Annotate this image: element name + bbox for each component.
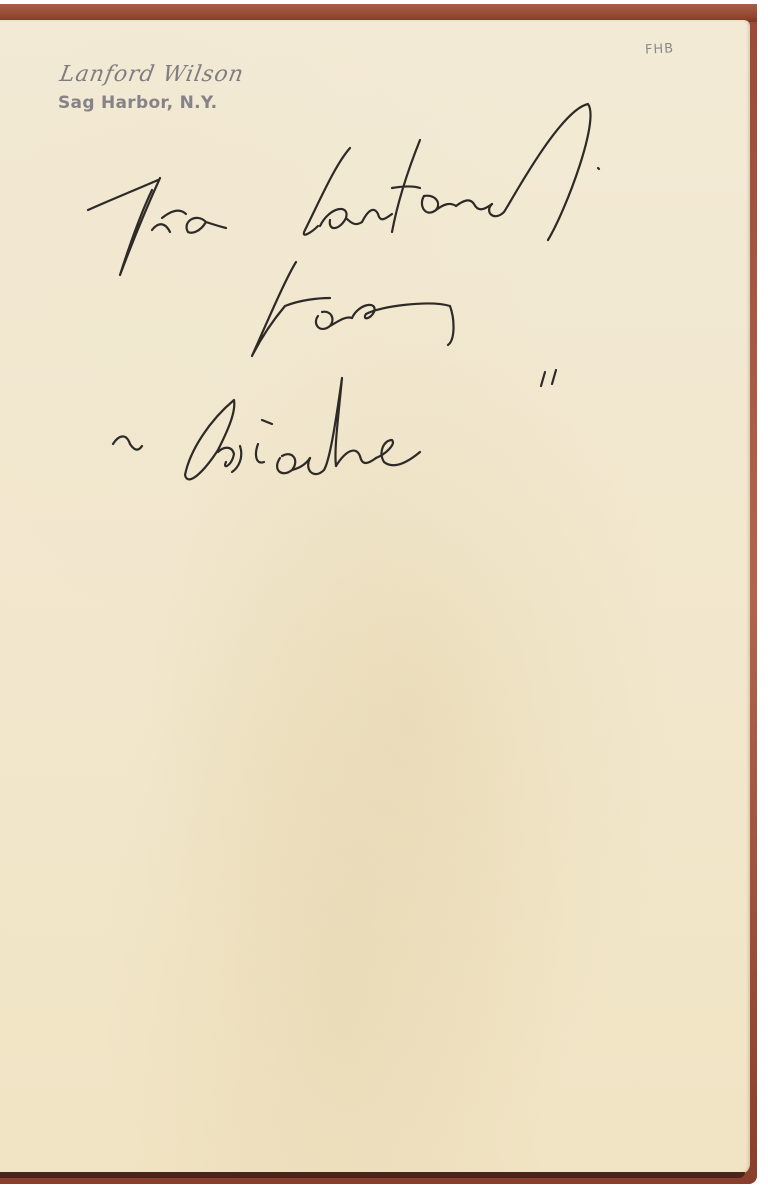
handwriting-strokes <box>0 0 768 520</box>
page-bottom-edge <box>0 1172 745 1178</box>
handwritten-inscription: For Lanford Love, "Ariadne" <box>0 0 768 520</box>
